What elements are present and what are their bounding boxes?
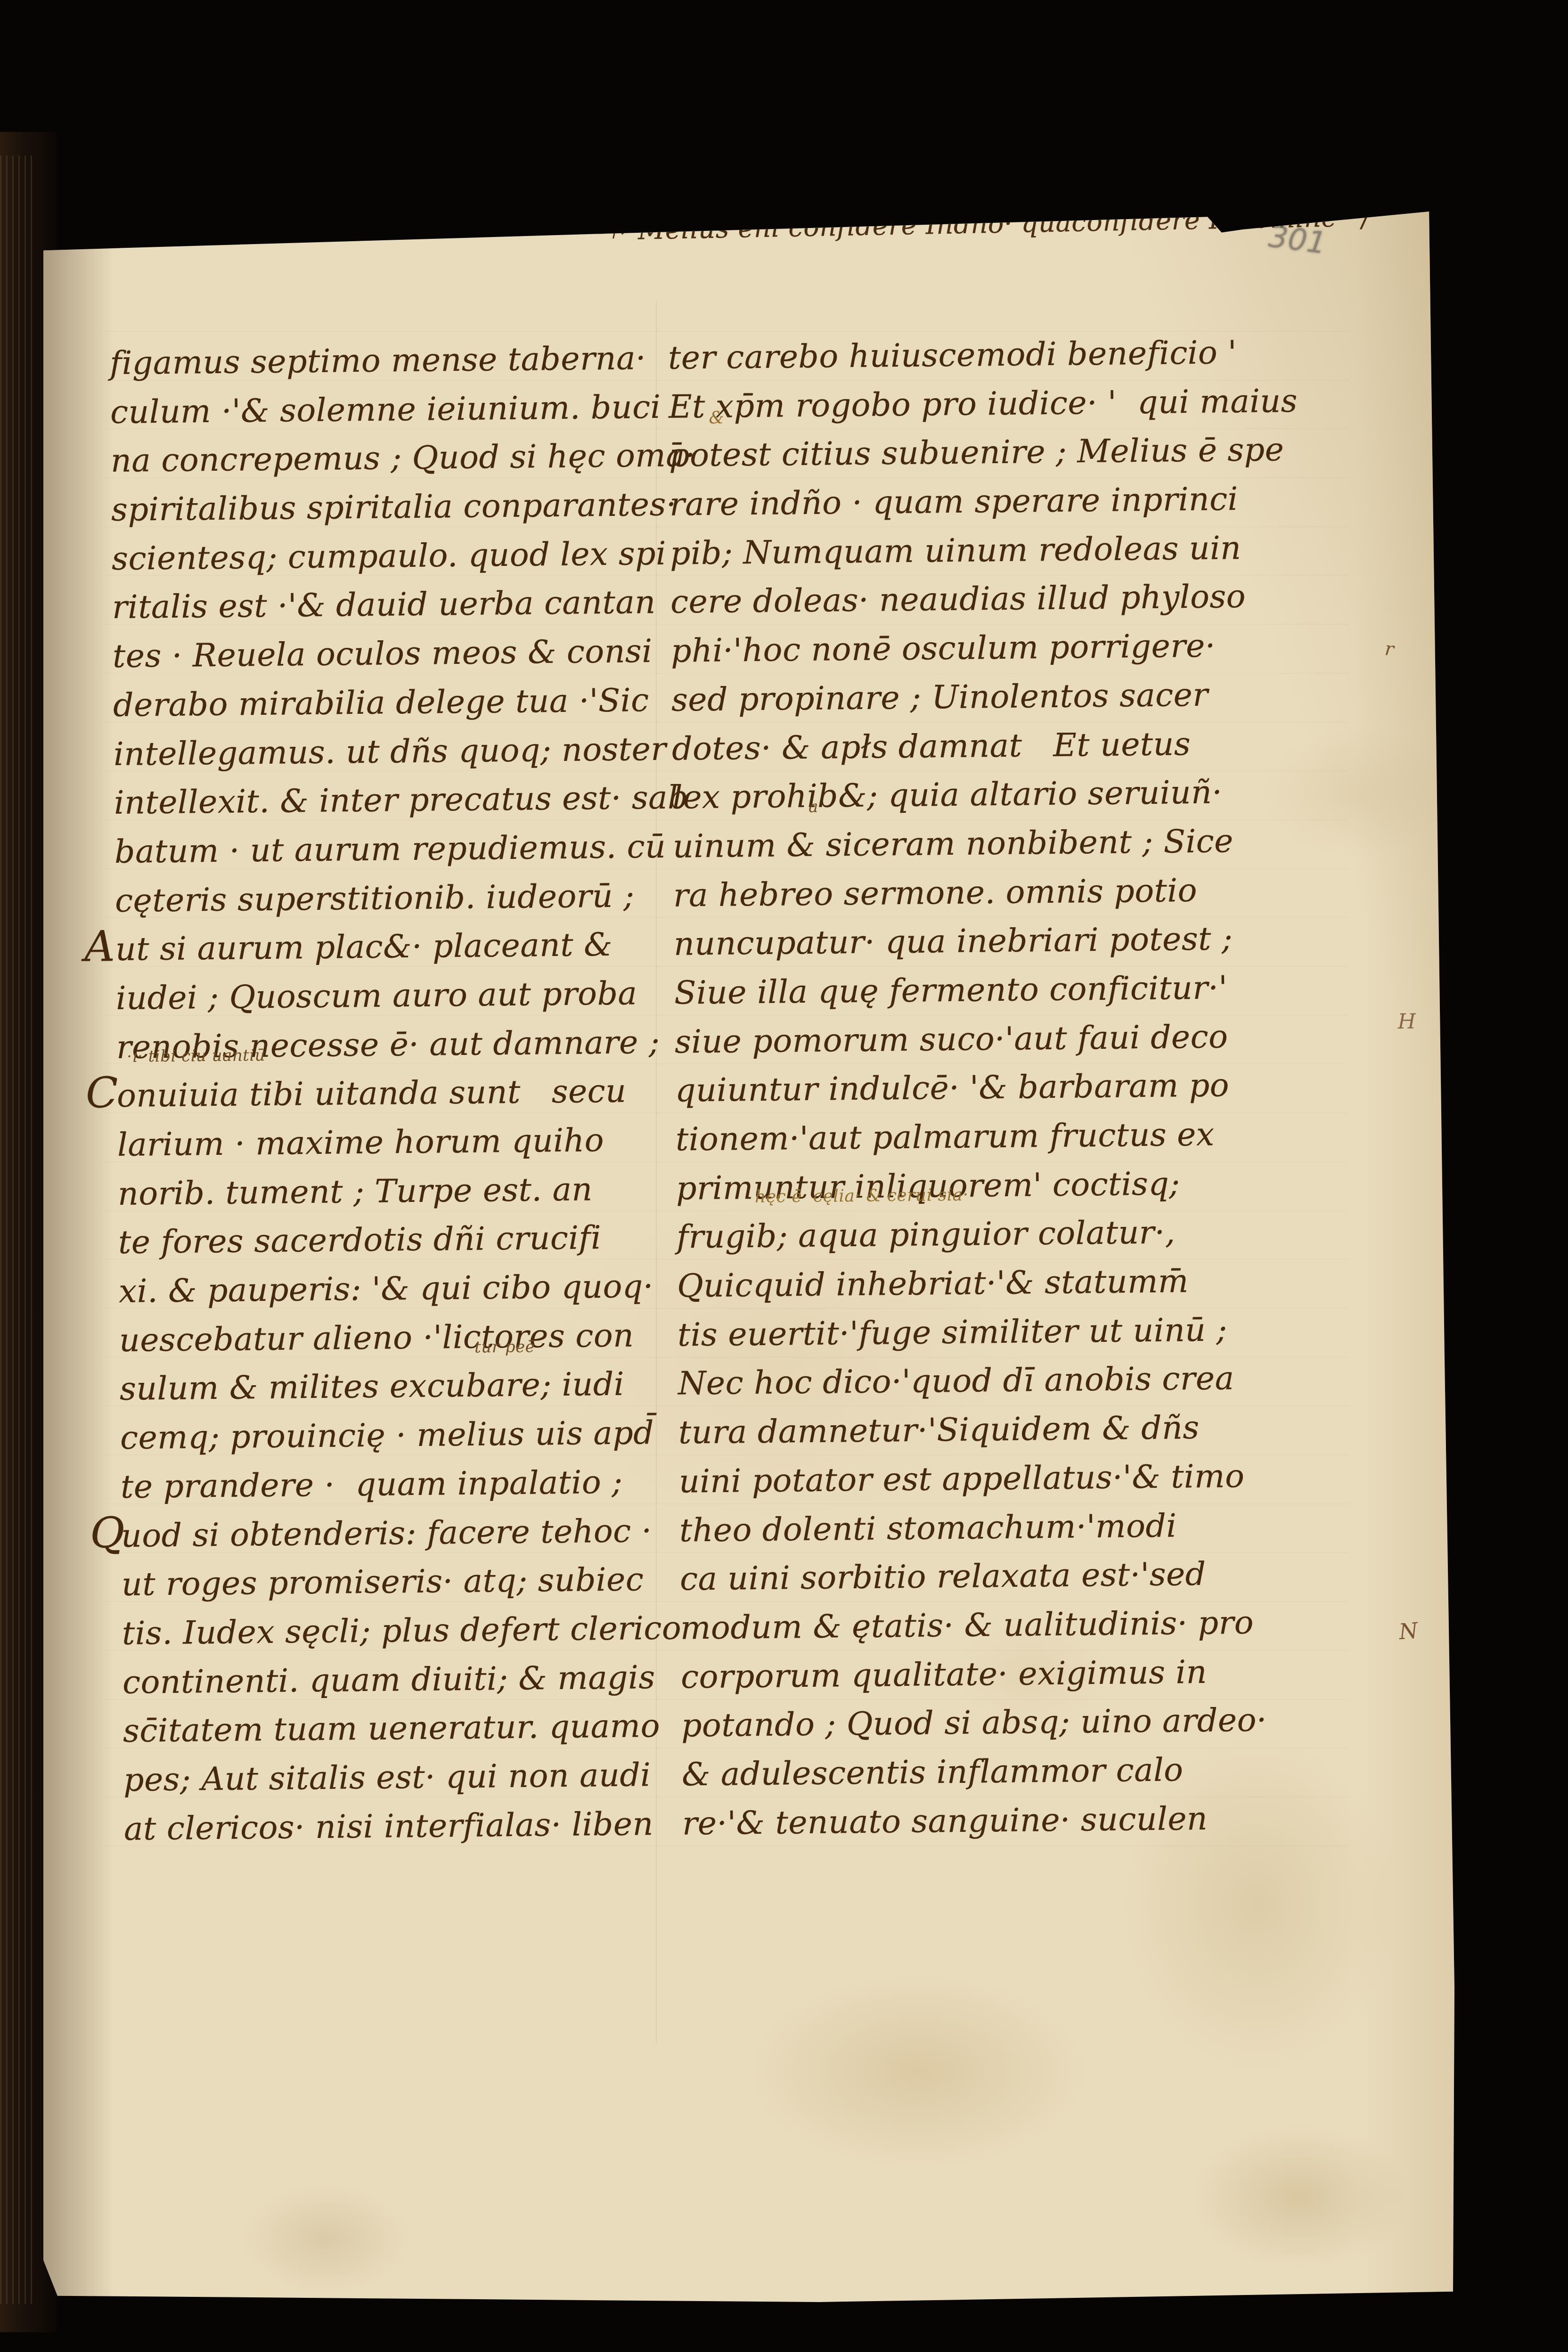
manuscript-text-line: sed propinare ; Uinolentos sacer xyxy=(671,669,1360,725)
interlinear-gloss-turpe: tur peē xyxy=(474,1337,535,1356)
manuscript-text-line: scientesq; cumpaulo. quod lex spi xyxy=(112,529,692,583)
manuscript-text-line: ritalis est ·'& dauid uerba cantan xyxy=(112,578,692,632)
margin-mark: H xyxy=(1397,1010,1416,1034)
manuscript-text-line: Conuiuia tibi uitanda sunt secu xyxy=(117,1066,697,1120)
manuscript-text-line: cere doleas· neaudias illud phyloso xyxy=(670,572,1359,627)
manuscript-text-line: uescebatur alieno ·'lictores con xyxy=(119,1311,699,1365)
manuscript-text-line: norib. tument ; Turpe est. an xyxy=(118,1164,698,1218)
manuscript-text-line: pib; Numquam uinum redoleas uin xyxy=(670,523,1358,578)
manuscript-text-line: figamus septimo mense taberna· xyxy=(110,334,690,388)
manuscript-text-line: ut roges promiseris· atq; subiec xyxy=(122,1555,702,1609)
manuscript-text-line: tura damnetur·'Siquidem & dñs xyxy=(678,1402,1366,1458)
manuscript-text-line: Aut si aurum plac&· placeant & xyxy=(115,920,695,974)
interlinear-gloss-celia: hęc ē cęlia· & cerui sia· xyxy=(755,1185,969,1207)
manuscript-text-line: tes · Reuela oculos meos & consi xyxy=(113,627,693,681)
manuscript-text-line: ra hebreo sermone. omnis potio xyxy=(673,865,1362,920)
manuscript-text-line: iudei ; Quoscum auro aut proba xyxy=(116,969,696,1023)
manuscript-text-line: intellegamus. ut dñs quoq; noster xyxy=(114,725,694,779)
manuscript-text-line: spiritalibus spiritalia conparantes· xyxy=(111,480,691,534)
manuscript-text-line: potando ; Quod si absq; uino ardeo· xyxy=(681,1695,1369,1751)
manuscript-text-line: continenti. quam diuiti; & magis xyxy=(122,1653,702,1707)
manuscript-text-line: pes; Aut sitalis est· qui non audi xyxy=(123,1750,703,1805)
manuscript-text-line: modum & ętatis· & ualitudinis· pro xyxy=(680,1597,1368,1653)
interlinear-gloss-et: & xyxy=(709,408,724,428)
manuscript-text-line: Et xp̄m rogobo pro iudice· ' qui maius xyxy=(669,376,1357,432)
header-paragraph-mark: ·/. xyxy=(603,217,627,243)
manuscript-text-line: Siue illa quę fermento conficitur·' xyxy=(674,963,1363,1018)
manuscript-text-line: batum · ut aurum repudiemus. cū xyxy=(114,822,694,876)
manuscript-text-line: & adulescentis inflammor calo xyxy=(681,1744,1370,1799)
manuscript-text-line: culum ·'& solemne ieiunium. buci xyxy=(110,383,690,437)
manuscript-text-line: cemq; prouincię · melius uis apd̄ xyxy=(120,1408,700,1462)
manuscript-text-line: derabo mirabilia delege tua ·'Sic xyxy=(113,676,693,730)
text-column-right: ter carebo huiuscemodi beneficio 'Et xp̄… xyxy=(668,327,1371,1848)
manuscript-text-line: na concrepemus ; Quod si hęc omā· xyxy=(111,432,691,486)
running-header-text: Melius ẽni confidere Indño· quãconfidere… xyxy=(637,202,1368,245)
parchment-page: ·/.Melius ẽni confidere Indño· quãconfid… xyxy=(43,206,1454,2302)
manuscript-text-line: sc̄itatem tuam ueneratur. quamo xyxy=(123,1701,703,1756)
manuscript-text-line: cęteris superstitionib. iudeorū ; xyxy=(115,871,695,925)
hanging-initial: C xyxy=(86,1069,119,1118)
manuscript-text-line: sulum & milites excubare; iudi xyxy=(120,1360,700,1414)
margin-mark: r xyxy=(1384,638,1395,661)
hanging-initial: A xyxy=(84,923,115,972)
manuscript-text-line: phi·'hoc nonē osculum porrigere· xyxy=(671,621,1359,676)
manuscript-text-line: te fores sacerdotis dñi crucifi xyxy=(118,1213,698,1267)
text-column-left: figamus septimo mense taberna·culum ·'& … xyxy=(110,334,704,1854)
manuscript-text-line: uini potator est appellatus·'& timo xyxy=(678,1451,1367,1506)
manuscript-text-line: ca uini sorbitio relaxata est·'sed xyxy=(679,1549,1368,1604)
manuscript-text-line: tis. Iudex sęcli; plus defert clerico xyxy=(122,1604,702,1658)
manuscript-text-line: theo dolenti stomachum·'modi xyxy=(679,1500,1367,1555)
manuscript-text-line: tionem·'aut palmarum fructus ex xyxy=(676,1109,1364,1165)
manuscript-text-line: Nec hoc dico·'quod dī anobis crea xyxy=(678,1353,1366,1409)
manuscript-text-line: corporum qualitate· exigimus in xyxy=(680,1646,1369,1702)
manuscript-text-line: nuncupatur· qua inebriari potest ; xyxy=(674,914,1362,969)
photographed-manuscript-screenshot: { "manuscript": { "header": { "mark": "·… xyxy=(0,0,1568,2352)
manuscript-text-line: dotes· & apłs damnat Et uetus xyxy=(672,718,1360,774)
manuscript-text-line: quiuntur indulcē· '& barbaram po xyxy=(675,1060,1364,1116)
manuscript-text-line: at clericos· nisi interfialas· liben xyxy=(124,1799,704,1854)
manuscript-text-line: siue pomorum suco·'aut faui deco xyxy=(675,1011,1363,1067)
hanging-initial: Q xyxy=(90,1509,125,1558)
manuscript-text-line: te prandere · quam inpalatio ; xyxy=(121,1457,701,1511)
manuscript-text-line: tis euertit·'fuge similiter ut uinū ; xyxy=(677,1304,1365,1360)
manuscript-text-line: potest citius subuenire ; Melius ē spe xyxy=(669,425,1357,481)
manuscript-text-line: lex prohib&; quia altario seruiuñ· xyxy=(672,767,1361,823)
manuscript-content: ·/.Melius ẽni confidere Indño· quãconfid… xyxy=(43,200,1475,2309)
manuscript-text-line: rare indño · quam sperare inprinci xyxy=(670,474,1358,530)
folio-number-pencil: 301 xyxy=(1266,219,1328,261)
manuscript-text-line: frugib; aqua pinguior colatur·, xyxy=(677,1207,1365,1262)
manuscript-text-line: xi. & pauperis: '& qui cibo quoq· xyxy=(119,1262,699,1316)
interlinear-gloss-nota: ·ı· tibi ciu uantiū xyxy=(127,1046,265,1066)
manuscript-text-line: larium · maxime horum quiho xyxy=(117,1115,697,1169)
manuscript-text-line: Quicquid inhebriat·'& statumm̄ xyxy=(677,1256,1365,1311)
interlinear-gloss-a: a xyxy=(808,798,818,817)
running-header: ·/.Melius ẽni confidere Indño· quãconfid… xyxy=(606,202,1368,246)
margin-mark: N xyxy=(1398,1617,1419,1644)
manuscript-text-line: Quod si obtenderis: facere tehoc · xyxy=(121,1506,701,1560)
manuscript-text-line: uinum & siceram nonbibent ; Sice xyxy=(673,816,1361,871)
manuscript-text-line: ter carebo huiuscemodi beneficio ' xyxy=(668,327,1356,383)
manuscript-text-line: re·'& tenuato sanguine· suculen xyxy=(682,1793,1370,1848)
stacked-page-edges xyxy=(0,155,37,2304)
manuscript-text-line: intellexit. & inter precatus est· sab xyxy=(114,773,694,827)
